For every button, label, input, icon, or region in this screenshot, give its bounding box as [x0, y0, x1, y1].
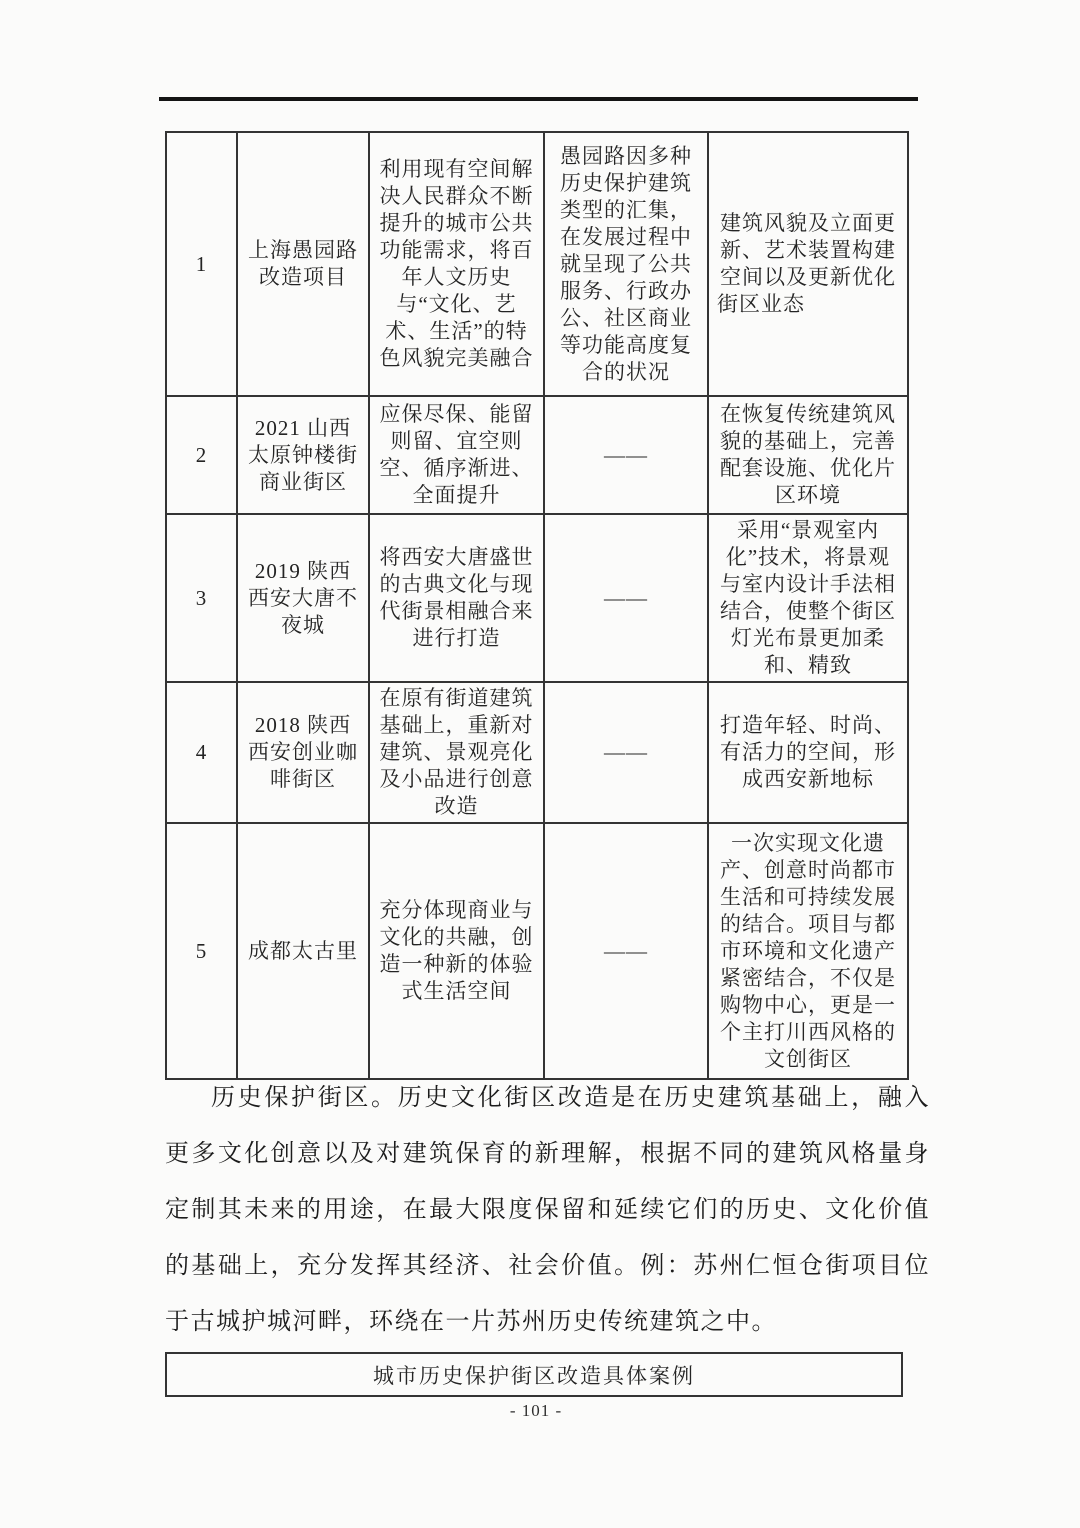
table-row: 4 2018 陕西西安创业咖啡街区 在原有街道建筑基础上，重新对建筑、景观亮化及… [166, 682, 908, 823]
paragraph-line: 定制其未来的用途，在最大限度保留和延续它们的历史、文化价值 [165, 1194, 930, 1250]
background-cell: 愚园路因多种历史保护建筑类型的汇集，在发展过程中就呈现了公共服务、行政办公、社区… [544, 132, 708, 396]
page-number: - 101 - [165, 1401, 907, 1421]
table-row: 1 上海愚园路改造项目 利用现有空间解决人民群众不断提升的城市公共功能需求，将百… [166, 132, 908, 396]
paragraph-line: 历史保护街区。历史文化街区改造是在历史建筑基础上，融入 [165, 1082, 930, 1138]
background-cell: —— [544, 823, 708, 1079]
approach-cell: 利用现有空间解决人民群众不断提升的城市公共功能需求，将百年人文历史与“文化、艺术… [369, 132, 544, 396]
project-name-cell: 2018 陕西西安创业咖啡街区 [237, 682, 369, 823]
body-paragraph: 历史保护街区。历史文化街区改造是在历史建筑基础上，融入 更多文化创意以及对建筑保… [165, 1082, 930, 1362]
project-name-cell: 成都太古里 [237, 823, 369, 1079]
project-name-cell: 2019 陕西西安大唐不夜城 [237, 514, 369, 682]
result-cell: 建筑风貌及立面更新、艺术装置构建空间以及更新优化街区业态 [708, 132, 908, 396]
approach-cell: 在原有街道建筑基础上，重新对建筑、景观亮化及小品进行创意改造 [369, 682, 544, 823]
result-cell: 一次实现文化遗产、创意时尚都市生活和可持续发展的结合。项目与都市环境和文化遗产紧… [708, 823, 908, 1079]
project-name-cell: 上海愚园路改造项目 [237, 132, 369, 396]
header-rule [159, 97, 918, 101]
table-row: 3 2019 陕西西安大唐不夜城 将西安大唐盛世的古典文化与现代街景相融合来进行… [166, 514, 908, 682]
result-cell: 打造年轻、时尚、有活力的空间，形成西安新地标 [708, 682, 908, 823]
table-row: 5 成都太古里 充分体现商业与文化的共融，创造一种新的体验式生活空间 —— 一次… [166, 823, 908, 1079]
table-row: 2 2021 山西太原钟楼街商业街区 应保尽保、能留则留、宜空则空、循序渐进、全… [166, 396, 908, 514]
row-number-cell: 4 [166, 682, 237, 823]
result-cell: 采用“景观室内化”技术，将景观与室内设计手法相结合，使整个街区灯光布景更加柔和、… [708, 514, 908, 682]
street-renovation-cases-table: 1 上海愚园路改造项目 利用现有空间解决人民群众不断提升的城市公共功能需求，将百… [165, 131, 909, 1080]
background-cell: —— [544, 682, 708, 823]
approach-cell: 将西安大唐盛世的古典文化与现代街景相融合来进行打造 [369, 514, 544, 682]
paragraph-line: 的基础上，充分发挥其经济、社会价值。例：苏州仁恒仓街项目位 [165, 1250, 930, 1306]
background-cell: —— [544, 396, 708, 514]
row-number-cell: 5 [166, 823, 237, 1079]
next-table-caption-box: 城市历史保护街区改造具体案例 [165, 1352, 903, 1397]
paragraph-line: 更多文化创意以及对建筑保育的新理解，根据不同的建筑风格量身 [165, 1138, 930, 1194]
approach-cell: 充分体现商业与文化的共融，创造一种新的体验式生活空间 [369, 823, 544, 1079]
document-page: 1 上海愚园路改造项目 利用现有空间解决人民群众不断提升的城市公共功能需求，将百… [0, 0, 1080, 1528]
row-number-cell: 3 [166, 514, 237, 682]
next-table-caption: 城市历史保护街区改造具体案例 [373, 1360, 695, 1390]
background-cell: —— [544, 514, 708, 682]
approach-cell: 应保尽保、能留则留、宜空则空、循序渐进、全面提升 [369, 396, 544, 514]
row-number-cell: 2 [166, 396, 237, 514]
result-cell: 在恢复传统建筑风貌的基础上，完善配套设施、优化片区环境 [708, 396, 908, 514]
project-name-cell: 2021 山西太原钟楼街商业街区 [237, 396, 369, 514]
row-number-cell: 1 [166, 132, 237, 396]
